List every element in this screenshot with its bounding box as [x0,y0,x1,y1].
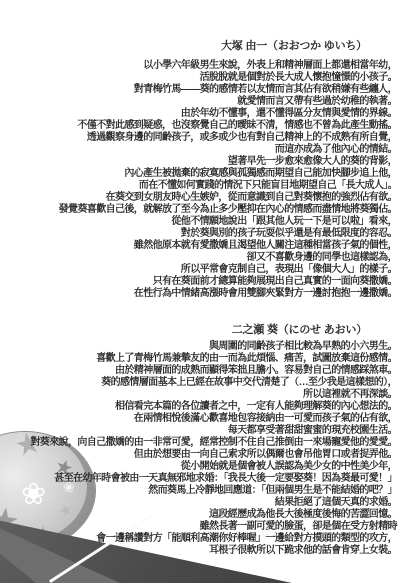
text-line: 所以平常會克制自己，表現出「像個大人」的樣子。 [59,264,397,276]
text-line: 以小學六年級男生來說，外表上和精神層面上都還相當年幼， [59,60,397,72]
text-line: 內心產生被拋棄的寂寞感與孤獨感而期望自己能加快腳步追上他， [59,168,397,180]
text-line: 對青梅竹馬——葵的感情若以友情而言其佔有欲稍嫌有些纏人， [59,84,397,96]
character-name-heading-aoi: 二之瀬 葵（にのせ あおい） [232,321,367,337]
text-line: 喜歡上了青梅竹馬兼摯友的由一而為此煩惱、痛苦，試圖放棄這份感情。 [30,353,397,365]
text-line: 每天都享受著甜甜蜜蜜的現充校園生活。 [30,425,397,437]
afterword-character-profile-page: ★ ★ ❀ ★ ★ ❀ ★ ❀ 大塚 由一（おおつか ゆいち） 以小學六年級男生… [0,0,400,583]
text-line: 葵的感情層面基本上已經在故事中交代清楚了（…至少我是這樣想的）， [30,377,397,389]
text-line: 會一邊稱讚對方「能順利高潮你好棒喔」一邊給對方摸頭的類型的攻方， [30,533,397,545]
text-line: 不僅不對此感到疑惑，也沒察覺自己的曖昧不清，情感也不曾為此產生動搖。 [59,120,397,132]
text-line: 由於年幼不懂事，還不懂得區分友情與愛情的界線。 [59,108,397,120]
text-line: 由於精神層面的成熟而顯得笨拙且膽小。容易對自己的情感踩煞車。 [30,365,397,377]
text-line: 然而葵馬上冷靜地回應道：「但兩個男生是不能結婚的吧？」 [30,485,397,497]
text-line: 發覺葵喜歡自己後，就解放了至今為止多少壓抑在內心的情感而盡情地將葵獨佔。 [59,204,397,216]
text-line: 在兩情相悅後滿心歡喜地包容接納由一可愛而孩子氣的佔有欲， [30,413,397,425]
text-line: 雖然他原本就有愛撒嬌且渴望他人關注這種相當孩子氣的個性， [59,240,397,252]
text-line: 只有在葵面前才總算能夠展現出自己真實的一面向葵撒嬌。 [59,276,397,288]
character-description-yuichi: 以小學六年級男生來說，外表上和精神層面上都還相當年幼， 活脫脫就是個對於長大成人… [59,60,397,300]
text-line: 活脫脫就是個對於長大成人懷抱憧憬的小孩子。 [59,72,397,84]
text-line: 在性行為中情緒高漲時會用雙腳夾緊對方一邊討抱抱一邊撒嬌。 [59,288,397,300]
text-line: 而這亦成為了他內心的情結。 [59,144,397,156]
text-line: 望著早先一步愈來愈像大人的葵的背影， [59,156,397,168]
star-icon: ★ [0,502,22,540]
text-line: 從小開始就是個會被人誤認為美少女的中性美少年， [30,461,397,473]
text-line: 卻又不喜歡身邊的同學也這樣認為， [59,252,397,264]
text-line: 但由於想要由一向自己索求所以偶爾也會吊他胃口或者捉弄他。 [30,449,397,461]
text-line: 相信看完本篇的各位讀者之中，一定有人能夠理解葵的內心想法的。 [30,401,397,413]
character-name-heading-yuichi: 大塚 由一（おおつか ゆいち） [221,37,367,53]
text-line: 甚至在幼年時會被由一天真無邪地求婚：「我長大後一定要娶葵！因為葵最可愛！」 [30,473,397,485]
text-line: 雖然長著一副可愛的臉蛋，卻是個在受方射精時 [30,521,397,533]
text-line: 所以這裡就不再深談。 [30,389,397,401]
text-line: 耳根子很軟所以下跪求他的話會肯穿上女裝。 [30,545,397,557]
text-line: 結果拒絕了這個天真的求婚。 [30,497,397,509]
text-line: 透過觀察身邊的同齡孩子，或多或少也有對自己精神上的不成熟有所自覺， [59,132,397,144]
text-line: 與周圍的同齡孩子相比較為早熟的小六男生。 [30,341,397,353]
text-line: 從他不情願地說出「跟其他人玩一下是可以啦」看來， [59,216,397,228]
text-line: 對於葵與別的孩子玩耍似乎還是有最低限度的容忍。 [59,228,397,240]
text-line: 在葵交到女朋友時心生嫉妒，從而意識到自己對葵懷抱的強烈佔有欲。 [59,192,397,204]
text-line: 這段經歷成為他長大後極度後悔的苦澀回憶。 [30,509,397,521]
text-line: 而在不懂如何實踐的情況下只能盲目地期望自己「長大成人」。 [59,180,397,192]
text-line: 就愛情而言又帶有些過於幼稚的執著。 [59,96,397,108]
character-description-aoi: 與周圍的同齡孩子相比較為早熟的小六男生。 喜歡上了青梅竹馬兼摯友的由一而為此煩惱… [30,341,397,557]
text-line: 對葵來說，向自己撒嬌的由一非常可愛，經常控制不住自己推倒由一來場寵愛他的愛愛。 [30,437,397,449]
